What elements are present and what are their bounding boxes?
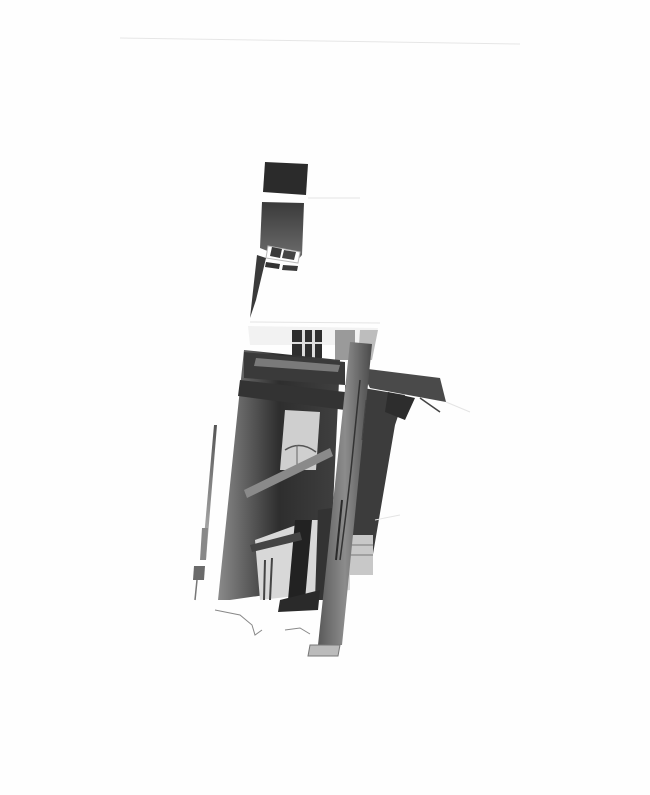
paper-crease: [120, 38, 520, 44]
pencil-drawing: [0, 0, 650, 795]
left-sliver: [193, 425, 217, 600]
bottom-outline: [215, 610, 310, 635]
upper-fragment: [250, 162, 308, 318]
